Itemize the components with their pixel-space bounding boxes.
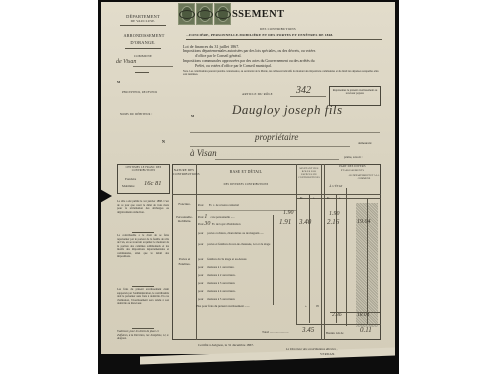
col-divider [309, 195, 310, 323]
contributions-table [172, 164, 381, 340]
article-label: ARTICLE DU RÔLE [242, 92, 273, 96]
col-dept-header: AU DÉPARTEMENT ET À LA COMMUNE [348, 174, 380, 180]
postage-stamp [178, 3, 195, 25]
amount-montant: 3.40 [299, 218, 311, 226]
row-rule [197, 210, 296, 211]
col-divider [296, 164, 297, 324]
nature-portes-fenetres: Portes et Fenêtres. [175, 257, 194, 267]
amount-personnelle: 1.90 [283, 210, 294, 216]
profession-underline [190, 146, 350, 147]
col-divider [273, 215, 274, 305]
cancellation-mark [197, 10, 213, 19]
sub-header-fr: Fr. [300, 197, 303, 201]
divider [135, 72, 149, 73]
divider [132, 286, 154, 287]
detail-row-4: pour portes et fenêtres du rez-de-chauss… [198, 242, 290, 246]
mobiliere-value: 16c 81 [144, 180, 162, 187]
fonciere-label: Foncière [125, 177, 136, 181]
document-subtitle-2: ...FONCIÈRE, PERSONNELLE-MOBILIÈRE ET DE… [186, 33, 386, 37]
article-value: 342 [296, 85, 311, 96]
director-text: Le Directeur des contributions directes … [286, 347, 337, 351]
info-paragraph: Le contribuable a le droit de se faire r… [117, 234, 169, 259]
divider [120, 25, 166, 26]
col-divider [321, 164, 322, 340]
detail-row-0: Pour Fr. c. de revenu cadastral [198, 203, 294, 207]
bandes-label: Bandes 12e de [326, 331, 344, 335]
debtor-name: Daugloy joseph fils [232, 102, 343, 118]
col-divider [324, 164, 325, 340]
detail-row-7: pour maisons à 2 ouvertures. [198, 273, 290, 277]
total-value: 3.45 [302, 326, 314, 334]
debtor-label: NOMS DU DÉBITEUR : [120, 113, 152, 117]
arrondissement-label: ARRONDISSEMENT [106, 33, 182, 38]
sub-header-c: c. [313, 197, 315, 201]
centimes-header: CENTIMES LE FRANC DES CONTRIBUTIONS [118, 166, 169, 172]
document-subtitle-1: DES CONTRIBUTIONS [260, 27, 296, 31]
commune-value: de Visan [116, 59, 178, 65]
perception-mark: M [117, 80, 120, 84]
divider [132, 232, 154, 233]
title-rule [186, 39, 382, 40]
frais-c: 05 [316, 304, 319, 308]
bandes-value: 0.11 [360, 326, 372, 334]
commune-label: COMMUNE [108, 54, 178, 58]
nature-personnelle-mobiliere: Personnelle-mobilière. [173, 215, 196, 223]
debtor-profession: propriétaire [255, 132, 298, 142]
amount-dept-total: 18.04 [357, 312, 369, 318]
detail-row-6: pour maisons à 1 ouverture. [198, 265, 290, 269]
col-nature-header: NATURE DES CONTRIBUTIONS [173, 168, 195, 176]
col-montant-header: MONTANT DES ROLES PAR ESPÈCES DE CONTRIB… [297, 167, 321, 179]
commune-underline [133, 66, 173, 67]
postage-stamp [214, 3, 231, 25]
nature-fonciere: Foncière. [173, 202, 196, 206]
detail-row-3: pour portes cochères, charretières ou de… [198, 231, 290, 235]
cancellation-mark [215, 10, 231, 19]
detail-row-9: pour maisons à 4 ouvertures. [198, 289, 290, 293]
torn-notch [98, 188, 112, 204]
perceptor-label: PERCEPTEUR, RECEVEUR [122, 91, 157, 95]
col-divider [367, 198, 368, 324]
article-underline [290, 96, 326, 97]
col-base-header: BASE ET DÉTAIL [198, 170, 294, 175]
sub-header-fr: Fr. [327, 197, 330, 201]
divider [132, 328, 154, 329]
amount-mobiliere: 1.91 [279, 218, 291, 226]
legal-text-line: Préfet, ou votées d'office par le Consei… [195, 64, 272, 69]
col-base-subheader: DES DIVERSES CONTRIBUTIONS [198, 183, 294, 187]
residence-underline [215, 159, 339, 160]
cancellation-mark [179, 10, 195, 19]
col-etat-header: À L'ÉTAT [325, 185, 347, 189]
department-name: DE VAUCLUSE. [108, 19, 178, 23]
info-paragraph: Les frais du présent avertissement étant… [117, 288, 169, 306]
legal-nota: Nota. Les contribuables peuvent prendre … [183, 70, 383, 76]
mobiliere-label: Mobilière [122, 184, 135, 188]
frais-row: Plus pour frais du présent avertissement… [196, 304, 296, 308]
demeurant-label: demeurant [358, 141, 371, 145]
debtor-residence: à Visan [190, 148, 217, 158]
debtor-prefix: M [191, 114, 194, 118]
amount-dept: 19.04 [357, 219, 371, 225]
total-rule [296, 324, 381, 325]
detail-row-10: pour maisons à 5 ouvertures [198, 297, 290, 301]
sub-header-c: c. [339, 197, 341, 201]
arrondissement-name: D'ORANGE. [108, 40, 178, 45]
frais-fr: » [305, 304, 307, 308]
total-label: Total ...................... [262, 330, 288, 334]
col-divider [346, 188, 347, 326]
amount-etat-1: 1.90 [329, 211, 340, 217]
profession-prefix: N [162, 140, 165, 144]
amount-etat-2: 2.16 [327, 218, 339, 226]
col-part-subheader: ÉTABLISSEMENTS [325, 169, 380, 173]
document-title: SSEMENT [232, 9, 284, 20]
info-paragraph: S'adresser, pour les droits de place et … [117, 330, 169, 341]
residence-suffix: prière, savoir : [344, 155, 363, 159]
divider [125, 48, 161, 49]
info-paragraph: Le rôle a été publié le 1er janvier 1868… [117, 200, 169, 214]
amount-etat-total: 2.36 [332, 312, 342, 318]
postage-stamp [196, 3, 213, 25]
director-city: VERDAN. [320, 352, 335, 356]
detail-row-8: pour maisons à 3 ouvertures [198, 281, 290, 285]
detail-row-5: pour fenêtres du 3e étage et au-dessus [198, 257, 290, 261]
certified-text: Certifié à Avignon, le 31 décembre 1867. [198, 343, 254, 347]
header-rule [172, 194, 381, 195]
col-divider [196, 164, 197, 340]
